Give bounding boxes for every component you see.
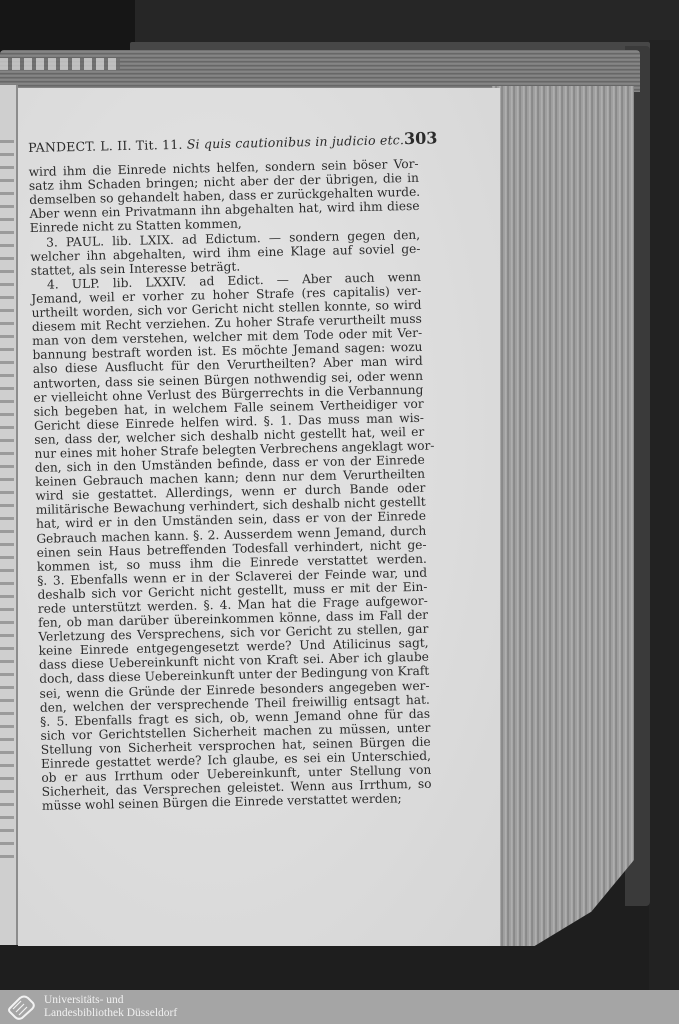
book-page-edges-top [0,50,640,92]
previous-page-text-fragments [0,140,14,860]
page-text-block: PANDECT. L. II. Tit. 11. Si quis caution… [28,132,432,813]
book-fore-edge [492,86,634,946]
library-name-line1: Universitäts- und [44,994,177,1007]
ulb-book-logo-icon [6,994,36,1020]
page-number: 303 [404,131,438,146]
library-name-line2: Landesbibliothek Düsseldorf [44,1007,177,1020]
running-head-italic: Si quis cautionibus in judicio etc. [187,132,405,152]
background-dark-side [649,40,679,990]
running-head-roman: PANDECT. L. II. Tit. 11. [28,137,183,155]
body-text: wird ihm die Einrede nichts helfen, sond… [29,157,432,813]
library-footer: Universitäts- und Landesbibliothek Düsse… [0,990,679,1024]
book-thumb-tabs [0,58,120,70]
library-name: Universitäts- und Landesbibliothek Düsse… [44,994,177,1020]
